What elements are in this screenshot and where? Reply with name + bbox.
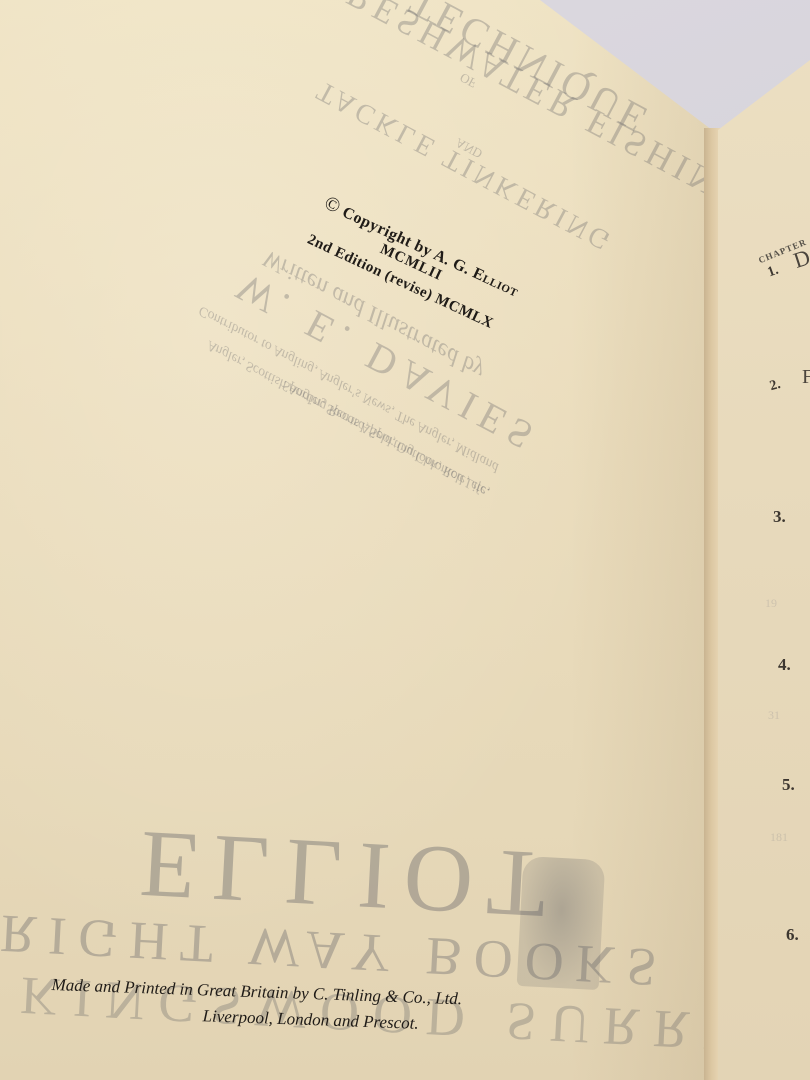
chapter-2-title-initial: F <box>802 366 810 389</box>
chapter-number-6: 6. <box>786 925 799 945</box>
faint-page-ref: 19 <box>765 596 777 611</box>
chapter-number-3: 3. <box>773 507 786 527</box>
book-gutter <box>704 128 720 1080</box>
faint-page-ref: 181 <box>770 830 788 845</box>
chapter-number-4: 4. <box>778 655 791 675</box>
imprint-line2: Liverpool, London and Prescot. <box>202 1006 419 1034</box>
faint-page-ref: 31 <box>768 708 780 723</box>
right-book-page <box>718 0 810 1080</box>
chapter-number-5: 5. <box>782 775 795 795</box>
